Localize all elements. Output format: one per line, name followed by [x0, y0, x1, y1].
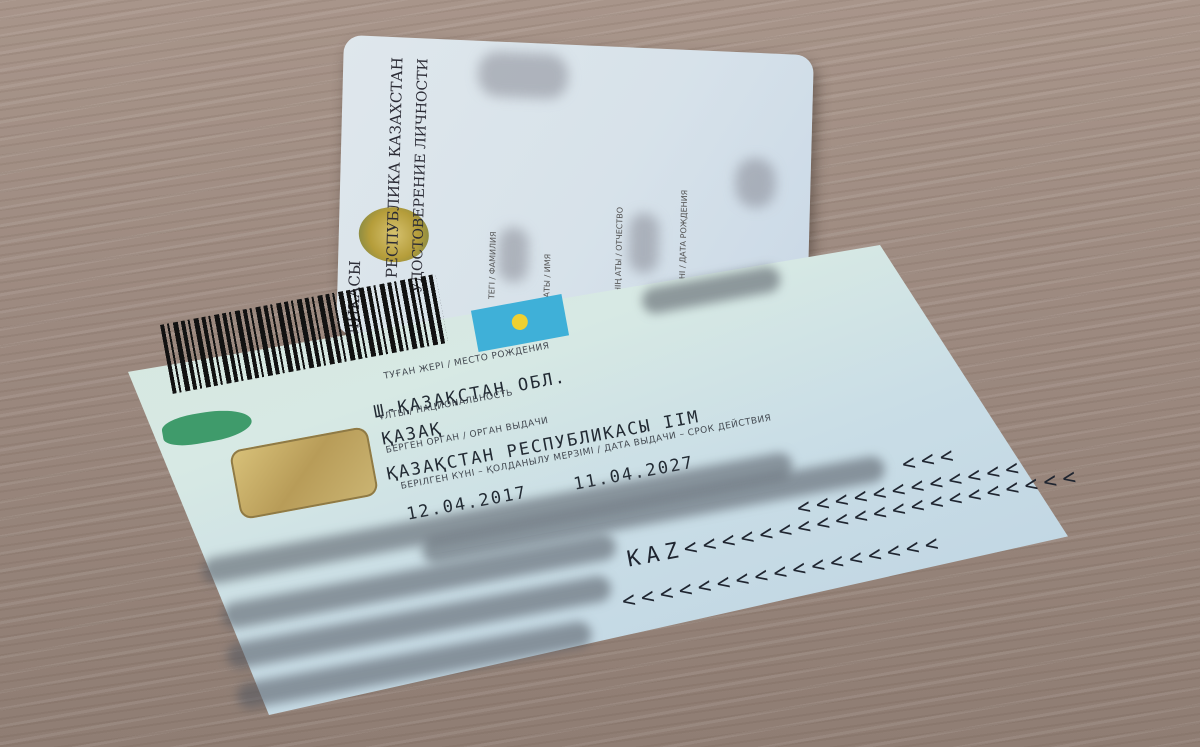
card-title-document: УДОСТОВЕРЕНИЕ ЛИЧНОСТИ	[409, 58, 431, 293]
name-label: АТЫ / ИМЯ	[542, 254, 552, 298]
redacted-patronymic	[628, 212, 660, 273]
surname-label: ТЕГІ / ФАМИЛИЯ	[487, 231, 498, 299]
redacted-surname	[498, 227, 529, 283]
id-card-front	[128, 245, 1068, 715]
card-title-kz-partial: ЛИКАСЫ	[344, 260, 364, 336]
redacted-photo	[478, 51, 569, 100]
redacted-number	[735, 157, 776, 209]
